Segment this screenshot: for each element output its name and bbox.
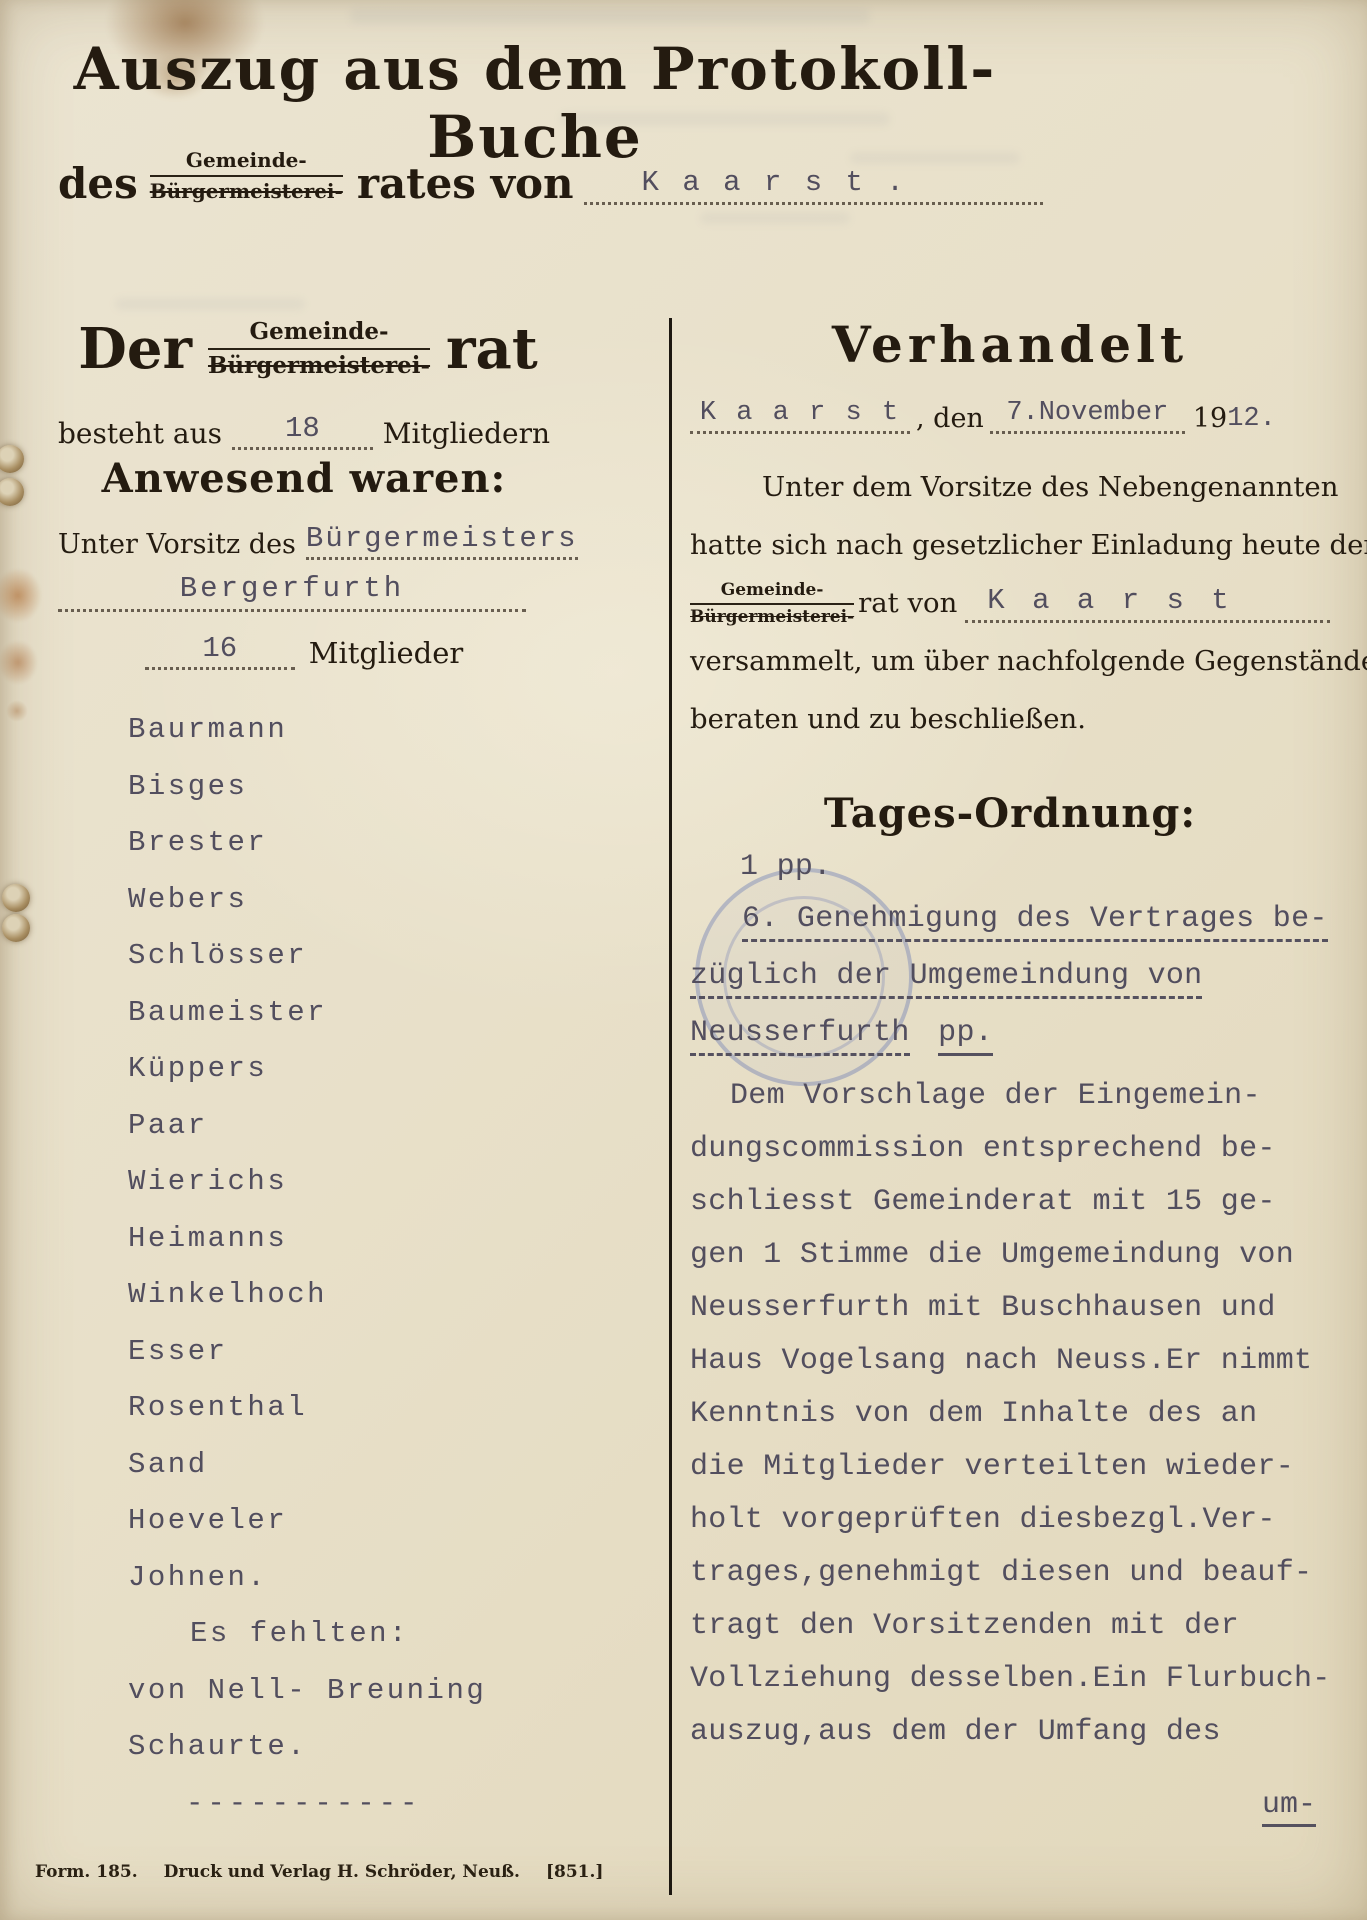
body-line: tragt den Vorsitzenden mit der: [690, 1600, 1335, 1653]
header-org-buergermeisterei-struck: Bürgermeisterei-: [150, 177, 343, 203]
body-line: auszug,aus dem der Umfang des: [690, 1706, 1335, 1759]
present-count-typed: 16: [145, 632, 295, 670]
member-name: Johnen.: [128, 1550, 588, 1607]
date-year-typed: 12.: [1227, 404, 1276, 434]
member-name: Wierichs: [128, 1154, 588, 1211]
resolution-paragraph: Dem Vorschlage der Eingemein- dungscommi…: [690, 1070, 1335, 1759]
vorsitz-label: Unter Vorsitz des: [58, 529, 296, 560]
form-number: Form. 185.: [35, 1862, 138, 1882]
member-name: Winkelhoch: [128, 1267, 588, 1324]
absent-member-name: von Nell- Breuning: [128, 1663, 588, 1720]
total-members-typed: 18: [232, 412, 373, 450]
anwesend-heading: Anwesend waren:: [58, 455, 550, 502]
chairman-name-typed: Bergerfurth: [58, 572, 526, 612]
column-divider-rule: [669, 318, 672, 1895]
member-name: Baurmann: [128, 702, 588, 759]
body-line: holt vorgeprüften diesbezgl.Ver-: [690, 1494, 1335, 1547]
agenda-item-6-pp: pp.: [938, 1016, 993, 1056]
body-line: Vollziehung desselben.Ein Flurbuch-: [690, 1653, 1335, 1706]
intro-org-gemeinde: Gemeinde-: [690, 580, 854, 605]
intro-line: beraten und zu beschließen.: [690, 690, 1330, 748]
agenda-item-6-line3: Neusserfurth pp.: [690, 1016, 1330, 1056]
agenda-item-6-text: Neusserfurth: [690, 1016, 910, 1056]
catchword: um-: [1262, 1788, 1316, 1827]
date-line: K a a r s t , den 7.November 19 12.: [690, 398, 1330, 434]
header-org-gemeinde: Gemeinde-: [150, 148, 343, 177]
member-count-line: besteht aus 18 Mitgliedern: [58, 412, 550, 450]
body-line: schliesst Gemeinderat mit 15 ge-: [690, 1176, 1335, 1229]
attendee-list: Baurmann Bisges Brester Webers Schlösser…: [128, 702, 588, 1832]
rust-spot: [0, 568, 42, 623]
punch-hole: [2, 914, 30, 942]
header-line: des Gemeinde- Bürgermeisterei- rates von…: [58, 148, 1043, 205]
agenda-item-6-line2: züglich der Umgemeindung von: [690, 959, 1330, 999]
mitgliedern-label: Mitgliedern: [383, 417, 550, 450]
ink-bleedthrough: [350, 8, 870, 24]
date-day-typed: 7.November: [990, 398, 1185, 434]
absent-member-name: Schaurte.: [128, 1719, 588, 1776]
rust-spot: [6, 700, 28, 722]
date-century-printed: 19: [1193, 403, 1227, 434]
chairman-line: Unter Vorsitz des Bürgermeisters: [58, 522, 526, 560]
body-line: Neusserfurth mit Buschhausen und: [690, 1282, 1335, 1335]
publisher: Druck und Verlag H. Schröder, Neuß.: [164, 1862, 520, 1882]
header-org-alternatives: Gemeinde- Bürgermeisterei-: [150, 148, 343, 203]
rust-spot: [0, 640, 38, 685]
heading-der: Der: [78, 321, 192, 377]
body-line: Haus Vogelsang nach Neuss.Er nimmt: [690, 1335, 1335, 1388]
verhandelt-heading: Verhandelt: [690, 315, 1330, 374]
mitglieder-label: Mitglieder: [309, 636, 464, 670]
intro-place-typed: K a a r s t: [965, 584, 1330, 623]
intro-rat-von: rat von: [858, 587, 957, 619]
heading-org-alternatives: Gemeinde- Bürgermeisterei-: [208, 318, 430, 379]
present-count-line: 16 Mitglieder: [58, 632, 550, 670]
council-heading: Der Gemeinde- Bürgermeisterei- rat: [58, 318, 558, 379]
body-line: Kenntnis von dem Inhalte des an: [690, 1388, 1335, 1441]
agenda-item-6-line1: 6. Genehmigung des Vertrages be-: [690, 902, 1367, 942]
header-rates-von: rates von: [357, 163, 574, 205]
member-name: Küppers: [128, 1041, 588, 1098]
heading-org-buergermeisterei-struck: Bürgermeisterei-: [208, 350, 430, 379]
punch-hole: [2, 884, 30, 912]
intro-paragraph: Unter dem Vorsitze des Nebengenannten ha…: [690, 458, 1330, 748]
intro-org-alternatives: Gemeinde- Bürgermeisterei-: [690, 580, 854, 627]
body-line: gen 1 Stimme die Umgemeindung von: [690, 1229, 1335, 1282]
body-line: trages,genehmigt diesen und beauf-: [690, 1547, 1335, 1600]
header-des: des: [58, 163, 138, 205]
heading-org-gemeinde: Gemeinde-: [208, 318, 430, 350]
absent-heading: Es fehlten:: [128, 1606, 588, 1663]
member-name: Brester: [128, 815, 588, 872]
intro-line: versammelt, um über nachfolgende Gegenst…: [690, 632, 1330, 690]
member-name: Bisges: [128, 759, 588, 816]
agenda-item-1: 1 pp.: [690, 850, 1367, 884]
agenda-item-6-text: 6. Genehmigung des Vertrages be-: [742, 902, 1328, 942]
intro-line: Unter dem Vorsitze des Nebengenannten: [690, 458, 1330, 516]
member-name: Sand: [128, 1437, 588, 1494]
body-line: die Mitglieder verteilten wieder-: [690, 1441, 1335, 1494]
agenda-heading: Tages-Ordnung:: [690, 790, 1330, 837]
closing-dash-line: -----------: [128, 1776, 588, 1833]
vorsitz-title-typed: Bürgermeisters: [306, 522, 578, 560]
ink-bleedthrough: [115, 298, 305, 310]
punch-hole: [0, 478, 24, 506]
besteht-aus-label: besteht aus: [58, 417, 222, 450]
header-place-typed: K a a r s t .: [584, 166, 1043, 205]
agenda-item-6-text: züglich der Umgemeindung von: [690, 959, 1202, 999]
print-code: [851.]: [546, 1862, 604, 1882]
protocol-extract-page: Auszug aus dem Protokoll-Buche des Gemei…: [0, 0, 1367, 1920]
date-den-label: , den: [916, 403, 984, 434]
member-name: Heimanns: [128, 1211, 588, 1268]
intro-org-line: Gemeinde- Bürgermeisterei- rat von K a a…: [690, 574, 1330, 632]
printer-imprint: Form. 185. Druck und Verlag H. Schröder,…: [35, 1862, 603, 1882]
member-name: Rosenthal: [128, 1380, 588, 1437]
ink-bleedthrough: [700, 212, 850, 224]
spacer: [915, 1016, 933, 1050]
member-name: Webers: [128, 872, 588, 929]
body-line: dungscommission entsprechend be-: [690, 1123, 1335, 1176]
punch-hole: [0, 445, 24, 473]
member-name: Esser: [128, 1324, 588, 1381]
heading-rat: rat: [446, 321, 538, 377]
intro-line: hatte sich nach gesetzlicher Einladung h…: [690, 516, 1330, 574]
member-name: Baumeister: [128, 985, 588, 1042]
member-name: Paar: [128, 1098, 588, 1155]
date-place-typed: K a a r s t: [690, 398, 910, 434]
body-line: Dem Vorschlage der Eingemein-: [690, 1070, 1335, 1123]
member-name: Schlösser: [128, 928, 588, 985]
member-name: Hoeveler: [128, 1493, 588, 1550]
intro-org-buergermeisterei-struck: Bürgermeisterei-: [690, 605, 854, 627]
